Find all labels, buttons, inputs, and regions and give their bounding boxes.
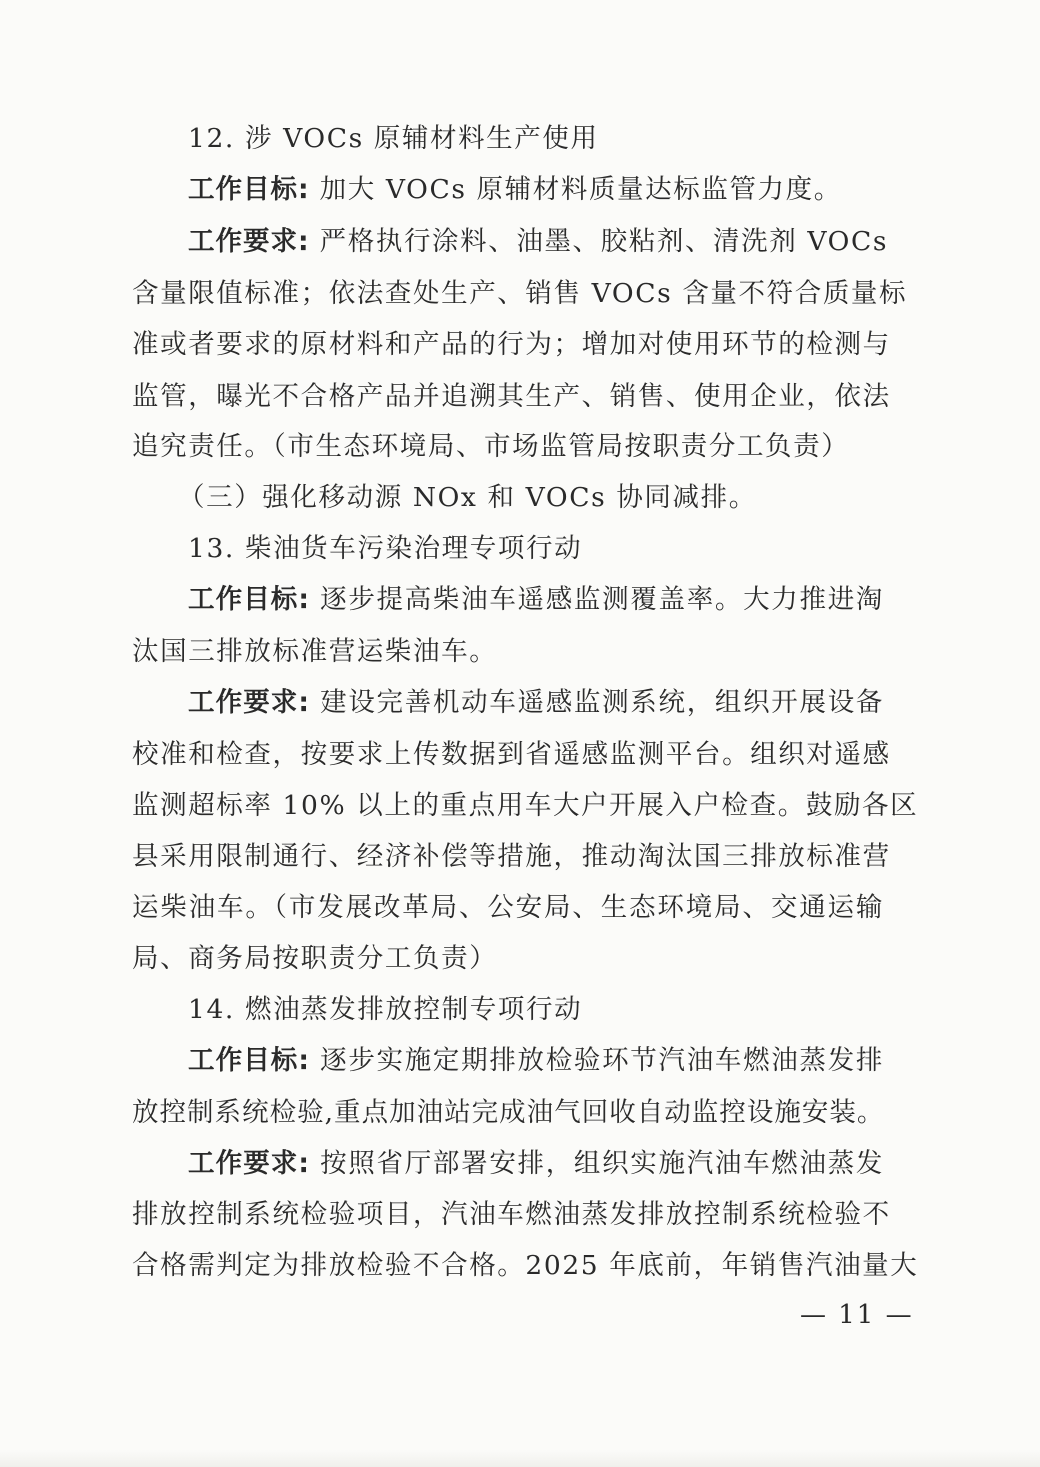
paragraph-line: 校准和检查，按要求上传数据到省遥感监测平台。组织对遥感 xyxy=(132,738,884,772)
paragraph-line: 县采用限制通行、经济补偿等措施，推动淘汰国三排放标准营 xyxy=(132,840,884,874)
req-label: 工作要求: xyxy=(188,1148,310,1179)
paragraph-line: 追究责任。（市生态环境局、市场监管局按职责分工负责） xyxy=(132,430,884,464)
section-13-heading: 13. 柴油货车污染治理专项行动 xyxy=(188,532,884,566)
section-12-heading: 12. 涉 VOCs 原辅材料生产使用 xyxy=(188,122,884,156)
paragraph-line: 含量限值标准；依法查处生产、销售 VOCs 含量不符合质量标 xyxy=(132,277,884,311)
req-text: 严格执行涂料、油墨、胶粘剂、清洗剂 VOCs xyxy=(320,226,888,257)
goal-text: 逐步实施定期排放检验环节汽油车燃油蒸发排 xyxy=(320,1045,884,1076)
req-label: 工作要求: xyxy=(188,687,310,718)
section-13-goal: 工作目标: 逐步提高柴油车遥感监测覆盖率。大力推进淘 xyxy=(188,583,884,617)
paragraph-line: 监管，曝光不合格产品并追溯其生产、销售、使用企业，依法 xyxy=(132,380,884,414)
scan-edge xyxy=(0,1450,1040,1467)
paragraph-line: 汰国三排放标准营运柴油车。 xyxy=(132,635,884,669)
paragraph-line: 运柴油车。（市发展改革局、公安局、生态环境局、交通运输 xyxy=(132,891,884,925)
paragraph-line: 排放控制系统检验项目，汽油车燃油蒸发排放控制系统检验不 xyxy=(132,1198,884,1232)
paragraph-line: 合格需判定为排放检验不合格。2025 年底前，年销售汽油量大 xyxy=(132,1249,884,1283)
req-text: 建设完善机动车遥感监测系统，组织开展设备 xyxy=(320,687,884,718)
page-number: — 11 — xyxy=(800,1298,914,1332)
document-page: 12. 涉 VOCs 原辅材料生产使用 工作目标: 加大 VOCs 原辅材料质量… xyxy=(0,0,1040,1467)
paragraph-line: 局、商务局按职责分工负责） xyxy=(132,942,884,976)
goal-text: 逐步提高柴油车遥感监测覆盖率。大力推进淘 xyxy=(320,584,884,615)
section-14-req: 工作要求: 按照省厅部署安排，组织实施汽油车燃油蒸发 xyxy=(188,1147,884,1181)
goal-label: 工作目标: xyxy=(188,1045,310,1076)
section-12-goal: 工作目标: 加大 VOCs 原辅材料质量达标监管力度。 xyxy=(188,173,884,207)
paragraph-line: 放控制系统检验,重点加油站完成油气回收自动监控设施安装。 xyxy=(132,1096,884,1130)
section-13-req: 工作要求: 建设完善机动车遥感监测系统，组织开展设备 xyxy=(188,686,884,720)
goal-label: 工作目标: xyxy=(188,584,310,615)
section-12-req: 工作要求: 严格执行涂料、油墨、胶粘剂、清洗剂 VOCs xyxy=(188,225,884,259)
req-text: 按照省厅部署安排，组织实施汽油车燃油蒸发 xyxy=(320,1148,884,1179)
goal-text: 加大 VOCs 原辅材料质量达标监管力度。 xyxy=(320,174,842,205)
goal-label: 工作目标: xyxy=(188,174,310,205)
req-label: 工作要求: xyxy=(188,226,310,257)
paragraph-line: 准或者要求的原材料和产品的行为；增加对使用环节的检测与 xyxy=(132,328,884,362)
subsection-title: （三）强化移动源 NOx 和 VOCs 协同减排。 xyxy=(178,481,874,515)
paragraph-line: 监测超标率 10% 以上的重点用车大户开展入户检查。鼓励各区 xyxy=(132,789,884,823)
section-14-goal: 工作目标: 逐步实施定期排放检验环节汽油车燃油蒸发排 xyxy=(188,1044,884,1078)
section-14-heading: 14. 燃油蒸发排放控制专项行动 xyxy=(188,993,884,1027)
